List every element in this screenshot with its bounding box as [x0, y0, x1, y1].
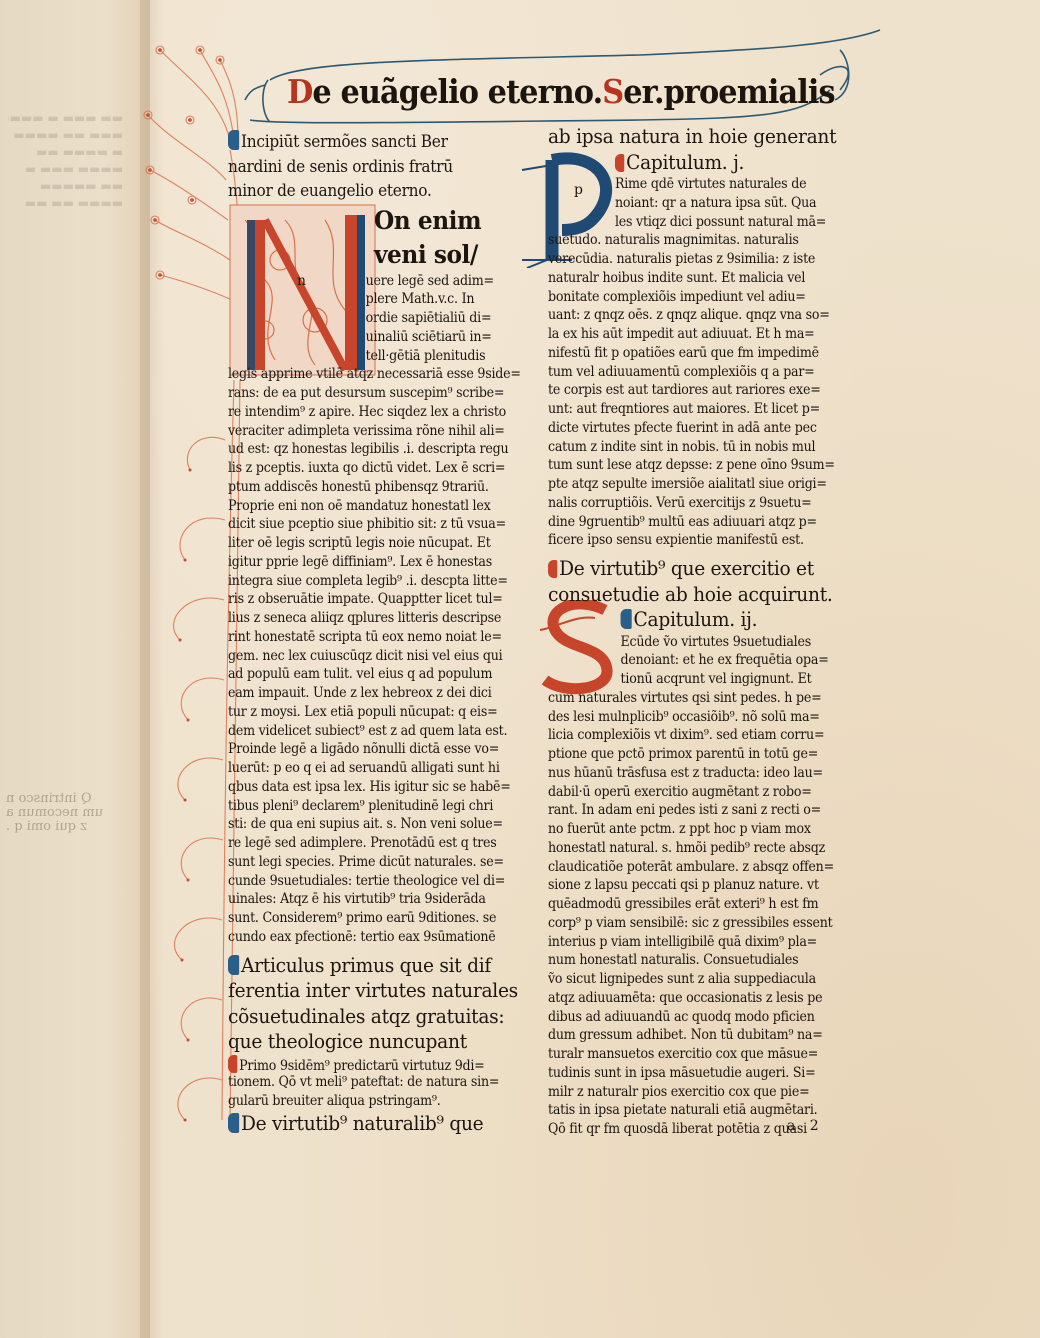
paragraph-mark-icon [228, 1113, 239, 1133]
running-head-text: e euãgelio eterno. [312, 72, 602, 111]
running-head: De euãgelio eterno.Ser.proemialis [287, 72, 765, 120]
chapter-heading: Capitulum. j. [548, 150, 827, 176]
running-head-rubric-initial: D [287, 72, 312, 111]
body-line: tum vel adiuuamentū complexiõis q a par= [548, 363, 827, 382]
article-heading-line: Articulus primus que sit dif [228, 953, 507, 979]
body-line: uinaliū sciētiarū in= [228, 328, 507, 347]
body-line: igitur pprie legē diffiniam⁹. Lex ē hone… [228, 553, 507, 572]
bleed-line: Q intrinsco n [6, 792, 116, 806]
body-line: catum z indite sint in nobis. tū in nobi… [548, 438, 827, 457]
body-line: integra siue completa legib⁹ .i. descpta… [228, 572, 507, 591]
text: Incipiūt sermões sancti Ber [241, 132, 448, 151]
body-line: re intendim⁹ z apire. Hec siqdez lex a c… [228, 403, 507, 422]
body-line: tibus pleni⁹ declarem⁹ plenitudinē legi … [228, 797, 507, 816]
body-line: uinales: Atqz ē his virtutib⁹ tria 9side… [228, 890, 507, 909]
body-line: cum naturales virtutes qsi sint pedes. h… [548, 689, 827, 708]
body-line: ordie sapiētialiū di= [228, 309, 507, 328]
body-line: dibus ad adiuuandū ac quodq modo pficien [548, 1008, 827, 1027]
body-line: nalis corruptiõis. Verū exercitijs z 9su… [548, 494, 827, 513]
body-line: eam impauit. Unde z lex hebreox z dei di… [228, 684, 507, 703]
body-line: sunt legi species. Prime dicūt naturales… [228, 853, 507, 872]
incipit-large-line: On enim [228, 204, 507, 238]
text: Primo 9sidēm⁹ predictarū virtutuz 9di= [239, 1058, 484, 1074]
body-line: les vtiqz dici possunt natural mā= [548, 213, 827, 232]
body-line: plere Math.v.c. In [228, 290, 507, 309]
body-line: suetudo. naturalis magnimitas. naturalis [548, 231, 827, 250]
book-spread: ▬▬ ▬▬▬ ▬ ▬▬▬▬▬▬▬ ▬▬ ▬▬▬▬▬ ▬▬▬▬ ▬▬▬▬▬▬ ▬▬… [0, 0, 1040, 1338]
body-line: re legē sed adimplere. Prenotādū est q t… [228, 834, 507, 853]
body-line: cundo eax pfectionē: tertio eax 9sūmatio… [228, 928, 507, 947]
body-line: naturalr hoibus indite sunt. Et malicia … [548, 269, 827, 288]
article-heading-line: ferentia inter virtutes naturales [228, 978, 507, 1004]
body-line: interius p viam intelligibilē quā dixim⁹… [548, 933, 827, 952]
body-line: tell·gētiā plenitudis [228, 347, 507, 366]
body-line: uere legē sed adim= [228, 272, 507, 291]
body-line: bonitate complexiõis impediunt vel adiu= [548, 288, 827, 307]
body-line: ad populū eam tulit. vel eius q ad popul… [228, 665, 507, 684]
body-line: quēadmodū gressibiles erāt exteri⁹ h est… [548, 895, 827, 914]
body-line: te corpis est aut tardiores aut rariores… [548, 381, 827, 400]
left-text-column: Incipiūt sermões sancti Ber nardini de s… [228, 130, 528, 1136]
paragraph-mark-icon [228, 130, 239, 150]
incipit-line: Incipiūt sermões sancti Ber [228, 130, 507, 155]
body-line: ris z obseruātie impate. Quapptter licet… [228, 590, 507, 609]
paragraph-mark-icon [228, 955, 239, 975]
body-line: ud est: qz honestas legibilis .i. descri… [228, 440, 507, 459]
signature-mark: a 2 [787, 1118, 824, 1134]
text: Capitulum. ij. [634, 607, 758, 631]
body-line: Rime qdē virtutes naturales de [548, 175, 827, 194]
body-line: honestatl natural. s. hmõi pedib⁹ recte … [548, 839, 827, 858]
text: De virtutib⁹ naturalib⁹ que [241, 1111, 483, 1135]
body-line: lis z pceptis. iuxta qo dictū videt. Lex… [228, 459, 507, 478]
chapter-heading: Capitulum. ij. [548, 607, 827, 633]
body-line: denoiant: et he ex frequētia opa= [548, 651, 827, 670]
body-line: verecūdia. naturalis pietas z 9similia: … [548, 250, 827, 269]
body-line: rint honestatē scripta tū eox nemo noiat… [228, 628, 507, 647]
body-line: noiant: qr a natura ipsa sūt. Qua [548, 194, 827, 213]
body-line: milr z naturalr pios exercitio cox que p… [548, 1083, 827, 1102]
article-heading-line: cõsuetudinales atqz gratuitas: [228, 1004, 507, 1030]
body-line: qbus data est ipsa lex. His igitur sic s… [228, 778, 507, 797]
body-line: Proprie eni non oē mandatuz honestatl le… [228, 497, 507, 516]
body-line: dabil·ū operū exercitio augmētant z robo… [548, 783, 827, 802]
incipit-line: minor de euangelio eterno. [228, 179, 507, 204]
text: De virtutib⁹ que exercitio et [559, 556, 814, 580]
article-heading-line: que theologice nuncupant [228, 1029, 507, 1055]
gutter-shadow [140, 0, 164, 1338]
body-line: unt: aut freqntiores aut maiores. Et lic… [548, 400, 827, 419]
paragraph-mark-icon [548, 560, 557, 578]
body-line: num honestatl naturalis. Consuetudiales [548, 951, 827, 970]
body-line: claudicatiõe poterāt ambulare. z absqz o… [548, 858, 827, 877]
body-line: tur z moysi. Lex etiā populi nūcupat: q … [228, 703, 507, 722]
body-line: dum gressum adhibet. Non tū dubitam⁹ na= [548, 1026, 827, 1045]
heading-continuation-line: ab ipsa natura in hoie generant [548, 124, 827, 150]
body-line: dine 9gruentib⁹ multū eas adiuuari atqz … [548, 513, 827, 532]
facing-page-bleed-text: Q intrinsco n um necomun a z qui omi q . [6, 792, 116, 834]
right-text-column: ab ipsa natura in hoie generant Capitulu… [548, 124, 848, 1139]
body-line: cunde 9suetudiales: tertie theologice ve… [228, 872, 507, 891]
body-line: rant. In adam eni pedes isti z sani z re… [548, 801, 827, 820]
body-line: tionū acqrunt vel ingignunt. Et [548, 670, 827, 689]
body-line: corp⁹ p viam sensibilē: sic z gressibile… [548, 914, 827, 933]
body-line: Primo 9sidēm⁹ predictarū virtutuz 9di= [228, 1055, 507, 1074]
body-line: Ecūde ṽo virtutes 9suetudiales [548, 633, 827, 652]
body-line: tum sunt lese atqz depsse: z pene oīno 9… [548, 456, 827, 475]
section-heading-line: De virtutib⁹ que exercitio et [548, 556, 827, 582]
running-head-text: er.proemialis [623, 72, 834, 111]
incipit-line: nardini de senis ordinis fratrū [228, 155, 507, 180]
facing-page-show-through: ▬▬ ▬▬▬ ▬ ▬▬▬▬▬▬▬ ▬▬ ▬▬▬▬▬ ▬▬▬▬ ▬▬▬▬▬▬ ▬▬… [8, 110, 123, 212]
bleed-line: z qui omi q . [6, 820, 116, 834]
body-line: tudinis sunt in ipsa māsuetudie augeri. … [548, 1064, 827, 1083]
body-line: sione z lapsu peccati qsi p planuz natur… [548, 876, 827, 895]
body-line: tatis in ipsa pietate naturali etiā augm… [548, 1101, 827, 1120]
text: Capitulum. j. [626, 150, 744, 174]
running-head-rubric-initial: S [602, 72, 623, 111]
body-line: la ex his aūt impedit aut adiuuat. Et h … [548, 325, 827, 344]
body-line: Qō fit qr fm quosdā liberat potētia z qu… [548, 1120, 827, 1139]
body-line: no fuerūt ante pctm. z ppt hoc p viam mo… [548, 820, 827, 839]
body-line: licia complexiõis vt dixim⁹. sed etiam c… [548, 726, 827, 745]
body-line: rans: de ea put desursum suscepim⁹ scrib… [228, 384, 507, 403]
body-line: tionem. Qō vt meli⁹ pateftat: de natura … [228, 1073, 507, 1092]
section-heading-line: De virtutib⁹ naturalib⁹ que [228, 1111, 507, 1137]
paragraph-mark-icon [621, 609, 632, 629]
incipit-large-line: veni sol/ [228, 238, 507, 272]
body-line: gularū breuiter aliqua pstringam⁹. [228, 1092, 507, 1111]
body-line: pte atqz sepulte imersiõe aialitatl siue… [548, 475, 827, 494]
body-line: lius z seneca aliiqz qplures litteris de… [228, 609, 507, 628]
body-line: Proinde legē a ligādo nõnulli dictā esse… [228, 740, 507, 759]
body-line: luerūt: p eo q ei ad seruandū alligati s… [228, 759, 507, 778]
paragraph-mark-icon [228, 1055, 237, 1073]
body-line: dem videlicet subiect⁹ est z ad quem lat… [228, 722, 507, 741]
body-line: ptione que pctō primox parentū in totū g… [548, 745, 827, 764]
paragraph-mark-icon [615, 154, 624, 172]
body-line: ficere ipso sensu expientie manifestū es… [548, 531, 827, 550]
body-line: uant: z qnqz oēs. z qnqz alique. qnqz vn… [548, 306, 827, 325]
body-line: sti: de qua eni supius ait. s. Non veni … [228, 815, 507, 834]
body-line: ptum addiscēs honestū phibensqz 9trariū. [228, 478, 507, 497]
body-line: dicit siue pceptio siue phibitio sit: z … [228, 515, 507, 534]
body-line: nus hūanū trāsfusa est z traducta: ideo … [548, 764, 827, 783]
bleed-line: um necomun a [6, 806, 116, 820]
body-line: legis apprime vtilē atqz necessariā esse… [228, 365, 507, 384]
section-heading-line: consuetudie ab hoie acquirunt. [548, 582, 827, 608]
body-line: atqz adiuuamēta: que occasionatis z lesi… [548, 989, 827, 1008]
body-line: des lesi mulnplicib⁹ occasiõib⁹. nõ solū… [548, 708, 827, 727]
body-line: liter oē legis scriptū legis noie nūcupa… [228, 534, 507, 553]
body-line: dicte virtutes pfecte fuerint in adā ant… [548, 419, 827, 438]
text: Articulus primus que sit dif [241, 953, 491, 977]
body-line: sunt. Considerem⁹ primo earū 9ditiones. … [228, 909, 507, 928]
body-line: turalr mansuetos exercitio cox que māsue… [548, 1045, 827, 1064]
body-line: veraciter adimpleta verissima rõne nihil… [228, 422, 507, 441]
body-line: nifestū fit p opatiões earū que fm imped… [548, 344, 827, 363]
body-line: gem. nec lex cuiuscūqz dicit nisi vel ei… [228, 647, 507, 666]
facing-page-edge: ▬▬ ▬▬▬ ▬ ▬▬▬▬▬▬▬ ▬▬ ▬▬▬▬▬ ▬▬▬▬ ▬▬▬▬▬▬ ▬▬… [0, 0, 150, 1338]
body-line: ṽo sicut lignipedes sunt z alia suppedia… [548, 970, 827, 989]
